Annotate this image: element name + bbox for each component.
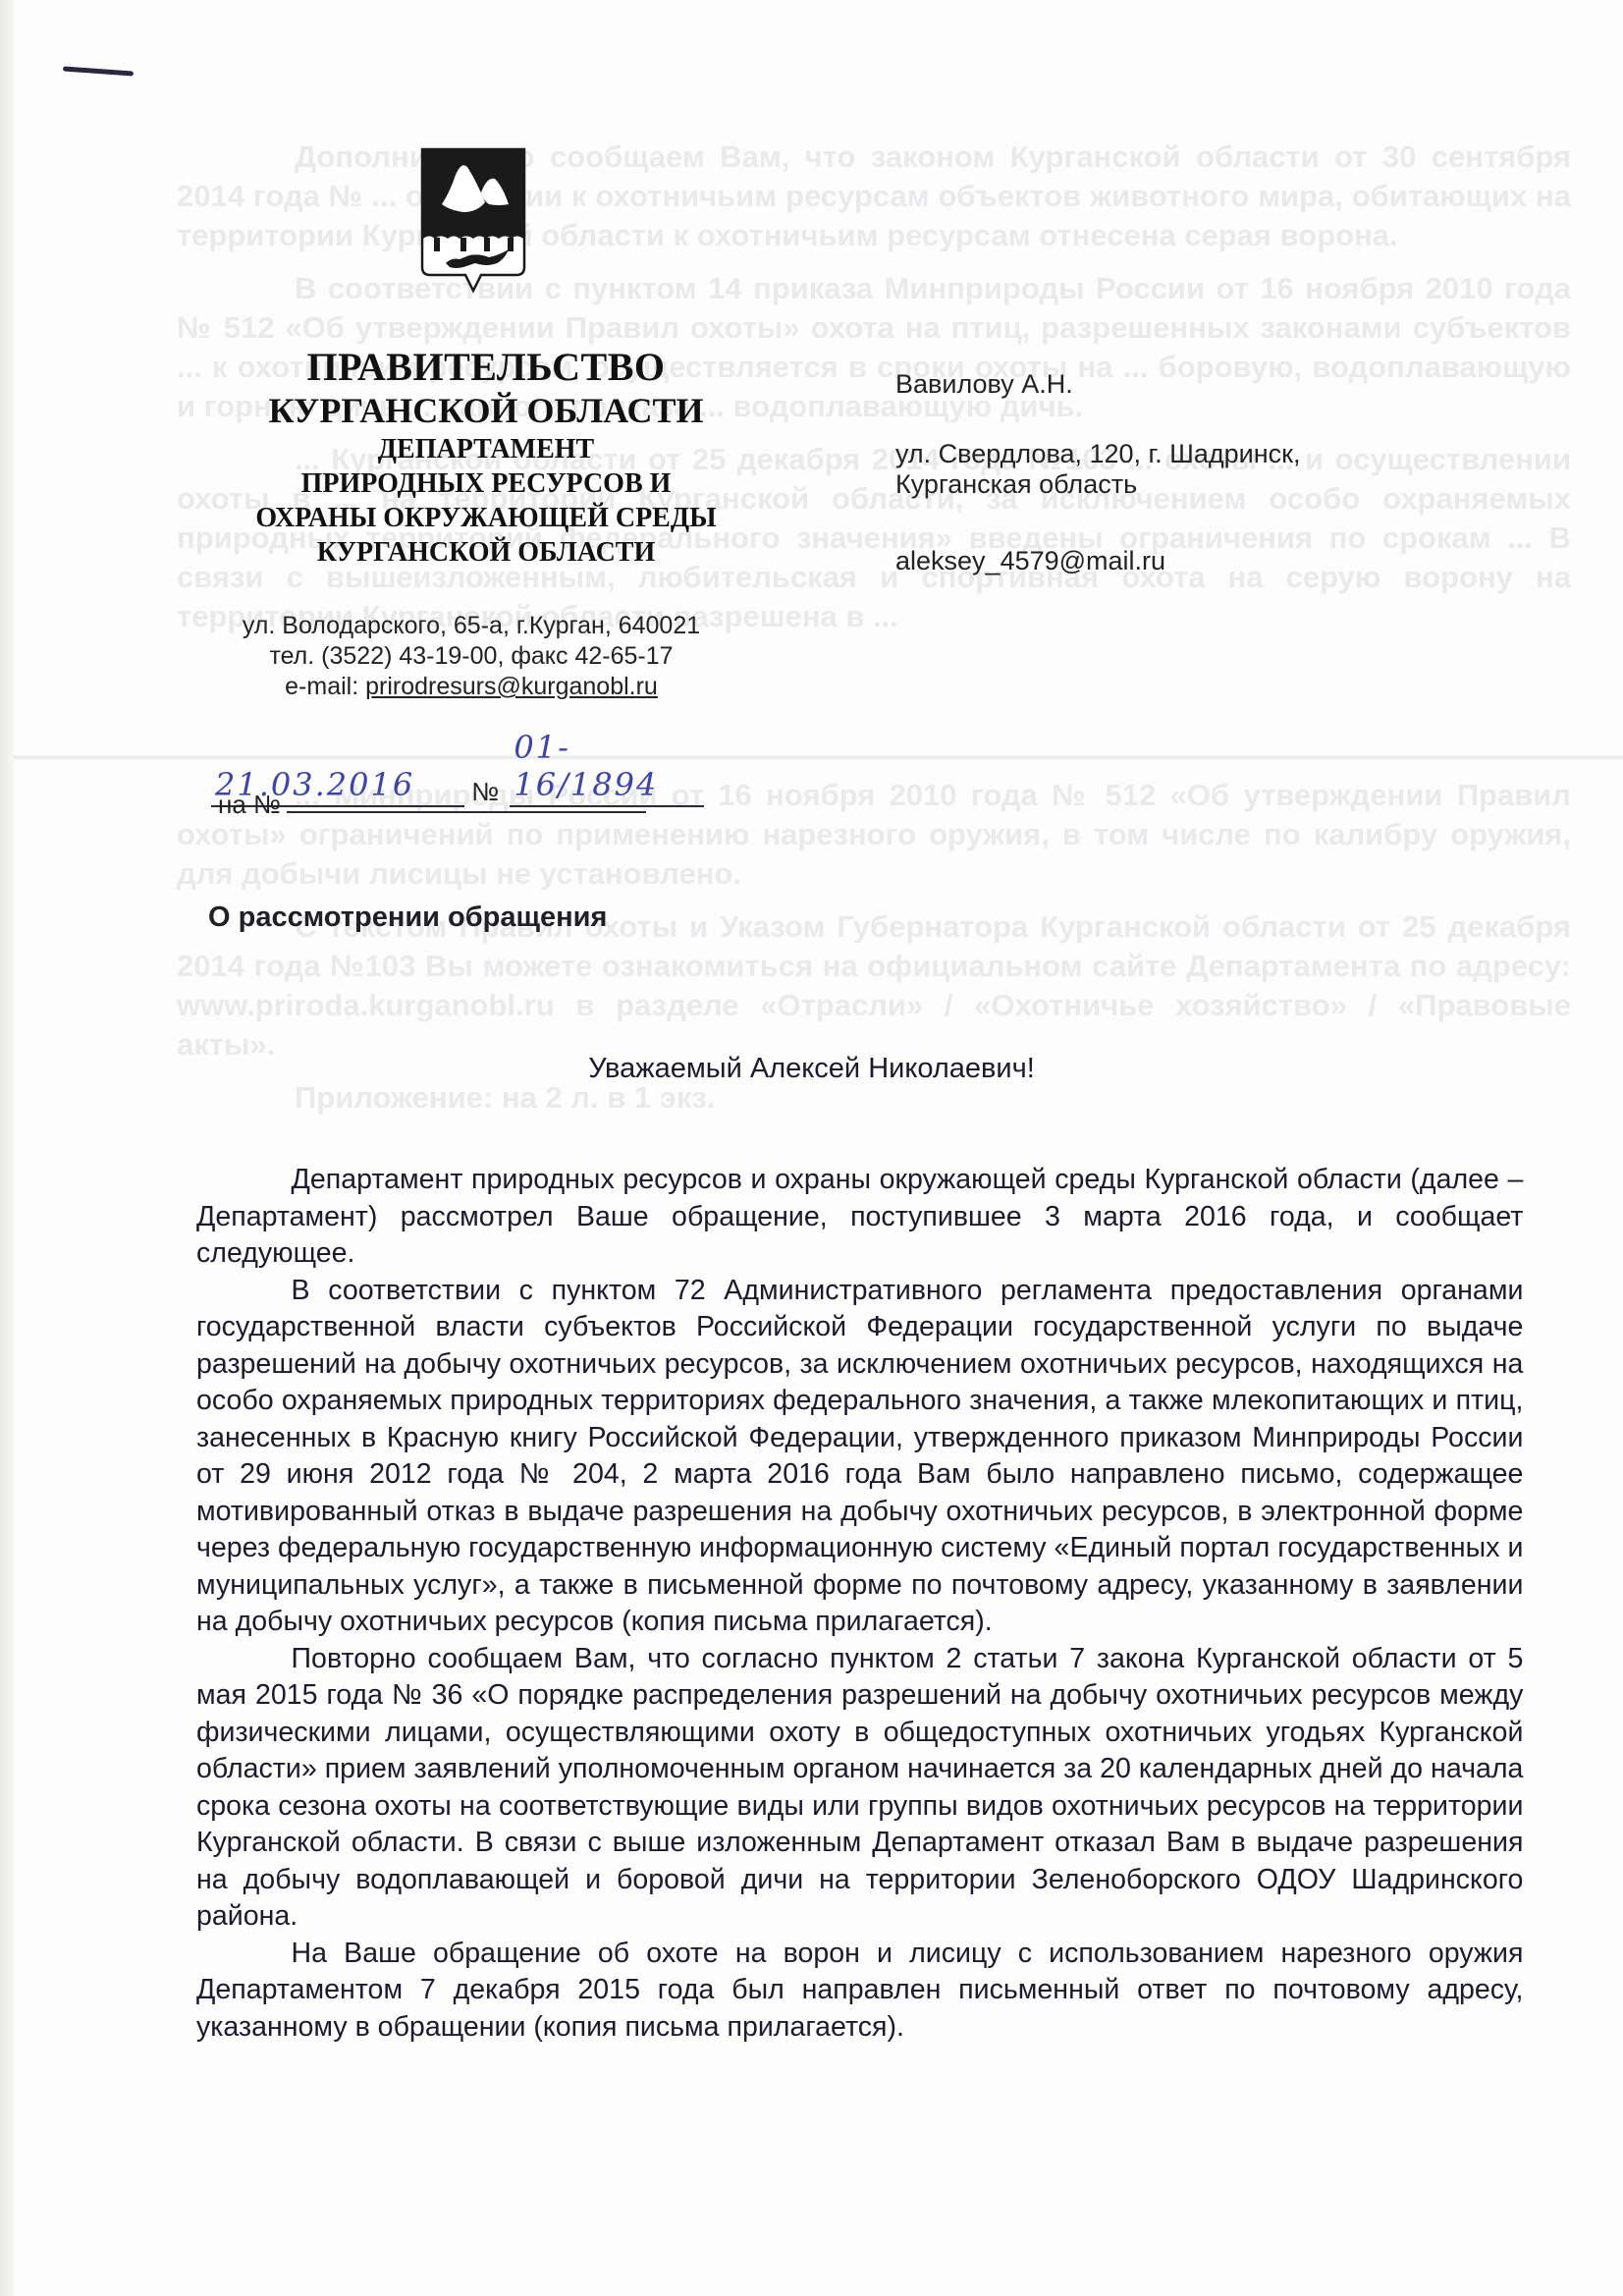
corner-pen-mark: [63, 66, 134, 76]
recipient-name: Вавилову А.Н.: [895, 369, 1445, 400]
scan-edge: [0, 0, 14, 2296]
department-email-link[interactable]: prirodresurs@kurganobl.ru: [365, 673, 658, 700]
recipient-address: ул. Свердлова, 120, г. Шадринск, Курганс…: [895, 439, 1445, 500]
letterhead-title: ПРАВИТЕЛЬСТВО КУРГАНСКОЙ ОБЛАСТИ ДЕПАРТА…: [196, 346, 776, 570]
government-name-line2: КУРГАНСКОЙ ОБЛАСТИ: [196, 389, 776, 432]
department-address: ул. Володарского, 65-а, г.Курган, 640021: [196, 611, 746, 641]
letter-page: Дополнительно сообщаем Вам, что законом …: [0, 0, 1623, 2296]
recipient-address-line2: Курганская область: [895, 469, 1445, 500]
kurgan-coat-of-arms-icon: [420, 147, 526, 295]
department-line: ОХРАНЫ ОКРУЖАЮЩЕЙ СРЕДЫ: [196, 501, 776, 535]
salutation: Уважаемый Алексей Николаевич!: [0, 1053, 1623, 1085]
body-paragraph: В соответствии с пунктом 72 Администрати…: [196, 1273, 1523, 1641]
department-email-line: e-mail: prirodresurs@kurganobl.ru: [196, 672, 746, 702]
recipient-email: aleksey_4579@mail.ru: [895, 546, 1445, 576]
body-paragraph: Департамент природных ресурсов и охраны …: [196, 1162, 1523, 1273]
body-paragraph: На Ваше обращение об охоте на ворон и ли…: [196, 1936, 1523, 2047]
recipient-address-line1: ул. Свердлова, 120, г. Шадринск,: [895, 439, 1445, 469]
letter-body: Департамент природных ресурсов и охраны …: [196, 1162, 1523, 2046]
department-phone-fax: тел. (3522) 43-19-00, факс 42-65-17: [196, 641, 746, 672]
bleed-paragraph: Дополнительно сообщаем Вам, что законом …: [177, 137, 1571, 255]
reply-to-label: на №: [218, 790, 281, 819]
department-line: ПРИРОДНЫХ РЕСУРСОВ И: [196, 466, 776, 501]
government-name-line1: ПРАВИТЕЛЬСТВО: [196, 346, 776, 389]
body-paragraph: Повторно сообщаем Вам, что согласно пунк…: [196, 1641, 1523, 1936]
reply-to-line: на №: [218, 790, 646, 820]
recipient-block: Вавилову А.Н. ул. Свердлова, 120, г. Шад…: [895, 369, 1445, 576]
department-line: ДЕПАРТАМЕНТ: [196, 432, 776, 466]
department-line: КУРГАНСКОЙ ОБЛАСТИ: [196, 535, 776, 570]
department-contacts: ул. Володарского, 65-а, г.Курган, 640021…: [196, 611, 746, 702]
email-label: e-mail:: [285, 673, 365, 700]
letter-subject: О рассмотрении обращения: [208, 902, 607, 934]
reply-to-blank: [287, 790, 646, 813]
